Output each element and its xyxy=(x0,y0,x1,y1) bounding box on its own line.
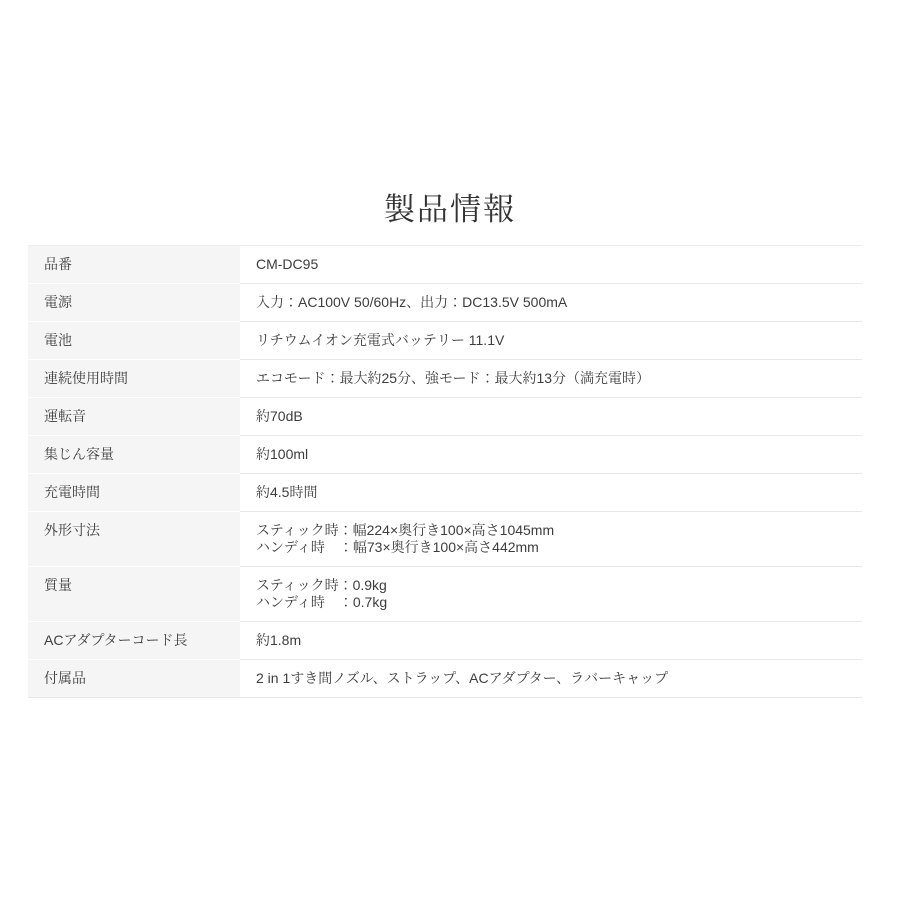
table-row: 電源 入力：AC100V 50/60Hz、出力：DC13.5V 500mA xyxy=(28,284,862,322)
spec-value: 約4.5時間 xyxy=(240,474,862,512)
table-row: ACアダプターコード長 約1.8m xyxy=(28,622,862,660)
spec-value-line: リチウムイオン充電式バッテリー 11.1V xyxy=(256,332,846,349)
spec-value: CM-DC95 xyxy=(240,246,862,284)
table-row: 充電時間 約4.5時間 xyxy=(28,474,862,512)
product-info-page: 製品情報 品番 CM-DC95 電源 入力：AC100V 50/60Hz、出力：… xyxy=(0,0,900,900)
spec-label: 品番 xyxy=(28,246,240,284)
table-row: 運転音 約70dB xyxy=(28,398,862,436)
table-row: 品番 CM-DC95 xyxy=(28,246,862,284)
spec-label: 外形寸法 xyxy=(28,512,240,567)
spec-label: 連続使用時間 xyxy=(28,360,240,398)
spec-label: 集じん容量 xyxy=(28,436,240,474)
spec-value-line: CM-DC95 xyxy=(256,256,846,273)
spec-label: 電源 xyxy=(28,284,240,322)
spec-value: エコモード：最大約25分、強モード：最大約13分（満充電時） xyxy=(240,360,862,398)
table-row: 連続使用時間 エコモード：最大約25分、強モード：最大約13分（満充電時） xyxy=(28,360,862,398)
spec-value-line: 約1.8m xyxy=(256,632,846,649)
spec-label: 運転音 xyxy=(28,398,240,436)
spec-table: 品番 CM-DC95 電源 入力：AC100V 50/60Hz、出力：DC13.… xyxy=(28,245,862,698)
table-row: 集じん容量 約100ml xyxy=(28,436,862,474)
table-row: 質量 スティック時：0.9kg ハンディ時 ：0.7kg xyxy=(28,567,862,622)
spec-value-line: 約4.5時間 xyxy=(256,484,846,501)
spec-value: 約100ml xyxy=(240,436,862,474)
spec-value: リチウムイオン充電式バッテリー 11.1V xyxy=(240,322,862,360)
spec-value-line: 約100ml xyxy=(256,446,846,463)
page-title: 製品情報 xyxy=(0,0,900,228)
spec-value: 約70dB xyxy=(240,398,862,436)
spec-value-line: 入力：AC100V 50/60Hz、出力：DC13.5V 500mA xyxy=(256,294,846,311)
spec-value: 入力：AC100V 50/60Hz、出力：DC13.5V 500mA xyxy=(240,284,862,322)
spec-value: スティック時：幅224×奥行き100×高さ1045mm ハンディ時 ：幅73×奥… xyxy=(240,512,862,567)
spec-value-line: エコモード：最大約25分、強モード：最大約13分（満充電時） xyxy=(256,370,846,387)
spec-value: 2 in 1すき間ノズル、ストラップ、ACアダプター、ラバーキャップ xyxy=(240,660,862,698)
spec-value-line: 約70dB xyxy=(256,408,846,425)
spec-value: 約1.8m xyxy=(240,622,862,660)
spec-label: 質量 xyxy=(28,567,240,622)
spec-label: 電池 xyxy=(28,322,240,360)
table-row: 外形寸法 スティック時：幅224×奥行き100×高さ1045mm ハンディ時 ：… xyxy=(28,512,862,567)
spec-value-line: 2 in 1すき間ノズル、ストラップ、ACアダプター、ラバーキャップ xyxy=(256,670,846,687)
spec-label: 付属品 xyxy=(28,660,240,698)
spec-value-line: スティック時：幅224×奥行き100×高さ1045mm xyxy=(256,522,846,539)
spec-value-line: ハンディ時 ：0.7kg xyxy=(256,594,846,611)
table-row: 付属品 2 in 1すき間ノズル、ストラップ、ACアダプター、ラバーキャップ xyxy=(28,660,862,698)
spec-label: ACアダプターコード長 xyxy=(28,622,240,660)
spec-value: スティック時：0.9kg ハンディ時 ：0.7kg xyxy=(240,567,862,622)
spec-label: 充電時間 xyxy=(28,474,240,512)
table-row: 電池 リチウムイオン充電式バッテリー 11.1V xyxy=(28,322,862,360)
spec-value-line: ハンディ時 ：幅73×奥行き100×高さ442mm xyxy=(256,539,846,556)
spec-value-line: スティック時：0.9kg xyxy=(256,577,846,594)
